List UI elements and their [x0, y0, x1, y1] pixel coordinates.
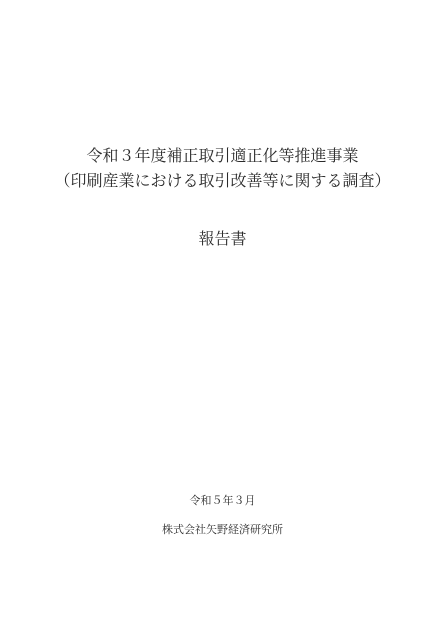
- report-title-line-1: 令和３年度補正取引適正化等推進事業: [0, 146, 445, 166]
- publisher-organization: 株式会社矢野経済研究所: [0, 523, 445, 537]
- report-cover-page: 令和３年度補正取引適正化等推進事業 （印刷産業における取引改善等に関する調査） …: [0, 0, 445, 630]
- report-title-line-2: （印刷産業における取引改善等に関する調査）: [0, 171, 445, 191]
- publication-date: 令和５年３月: [0, 494, 445, 508]
- document-type-label: 報告書: [0, 229, 445, 249]
